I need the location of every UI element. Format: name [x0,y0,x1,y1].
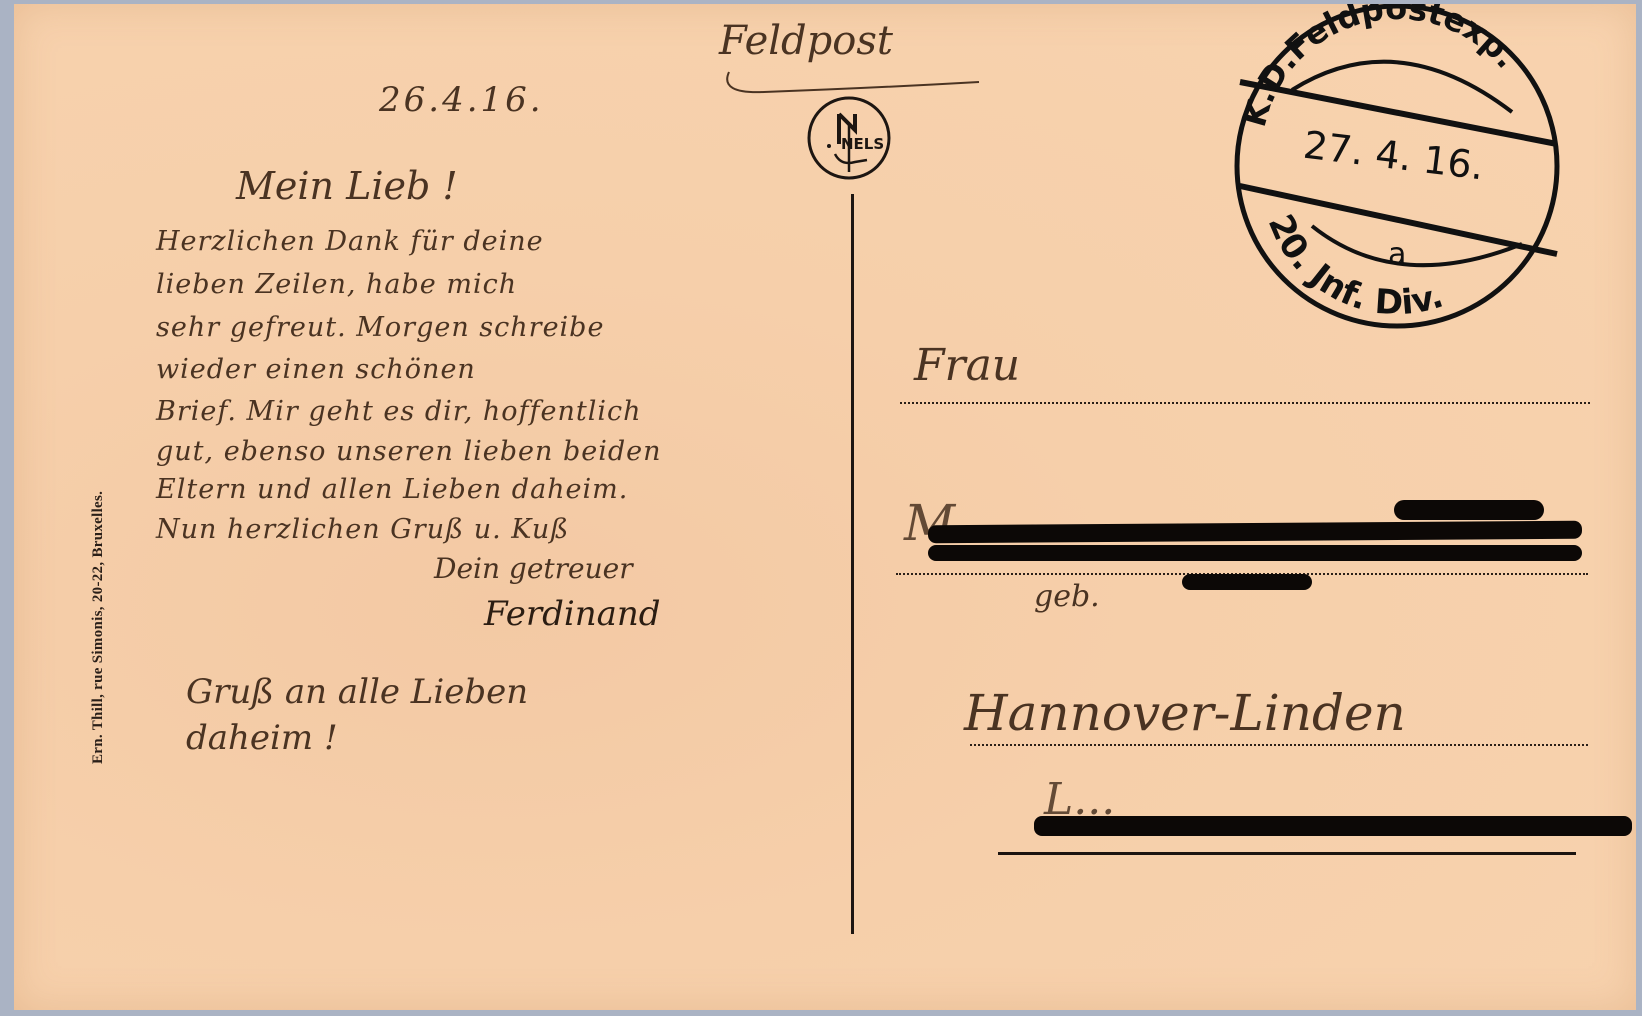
message-date: 26.4.16. [379,80,544,120]
message-line: gut, ebenso unseren lieben beiden [156,436,662,467]
message-line: wieder einen schönen [156,354,476,385]
address-salutation: Frau [914,340,1020,391]
message-line: Nun herzlichen Gruß u. Kuß [156,514,569,545]
address-line-4 [998,852,1576,855]
postscript-line-1: Gruß an alle Lieben [186,672,528,712]
postcard: Ern. Thill, rue Simonis, 20-22, Bruxelle… [14,4,1636,1010]
message-greeting: Mein Lieb ! [236,164,458,208]
center-divider [851,194,854,934]
message-signature: Ferdinand [484,594,661,634]
address-line-1 [900,402,1590,404]
svg-text:27. 4. 16.: 27. 4. 16. [1301,123,1486,189]
redaction-bar [1394,500,1544,520]
message-line: Herzlichen Dank für deine [156,226,544,257]
message-line: sehr gefreut. Morgen schreibe [156,312,604,343]
address-name-redacted: M... ... [904,494,1066,552]
postscript-line-2: daheim ! [186,718,338,758]
svg-text:a: a [1388,237,1406,272]
redaction-bar [928,521,1582,544]
redaction-bar [1034,816,1632,836]
redaction-bar [928,545,1582,561]
redaction-bar [1182,574,1312,590]
nels-logo-icon: NELS [805,94,893,182]
feldpost-mark: Feldpost [719,18,893,64]
message-closing: Dein getreuer [434,552,633,585]
message-line: Eltern und allen Lieben daheim. [156,474,628,505]
address-birth-name-prefix: geb. [1034,579,1100,614]
postmark-stamp: K.D.Feldpostexp. 27. 4. 16. a 20. Jnf. D… [1222,4,1572,339]
feldpost-underline-swash [724,64,984,104]
svg-text:NELS: NELS [841,135,884,153]
message-line: lieben Zeilen, habe mich [156,269,517,300]
address-city: Hannover-Linden [964,684,1406,742]
message-line: Brief. Mir geht es dir, hoffentlich [156,396,641,427]
address-line-3 [970,744,1588,746]
publisher-imprint: Ern. Thill, rue Simonis, 20-22, Bruxelle… [90,491,107,764]
